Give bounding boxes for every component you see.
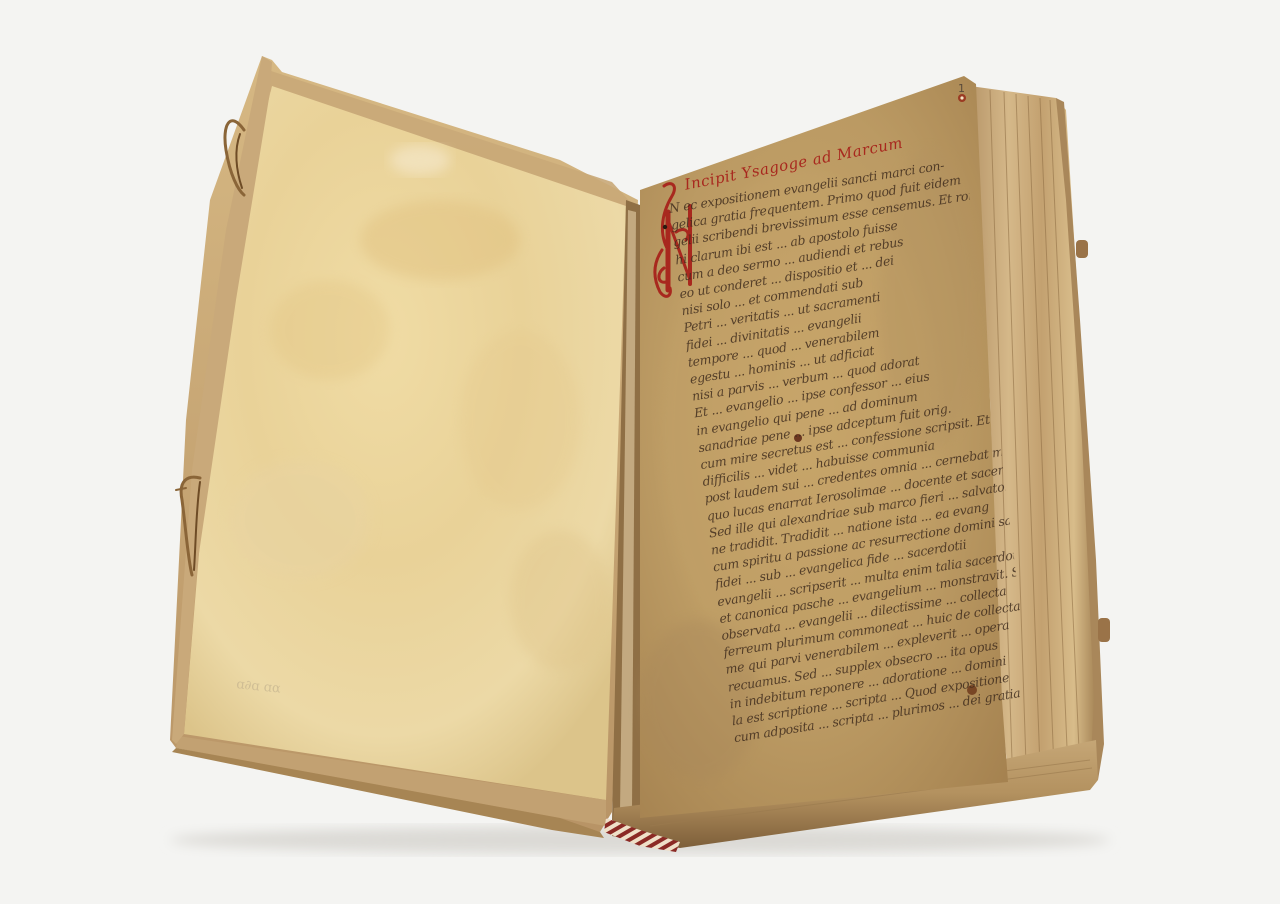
left-cover: ɑ∂ɑ ɑα — [170, 56, 638, 838]
right-tie-stub-upper — [1076, 240, 1088, 258]
folio-number: 1 — [958, 82, 965, 95]
right-tie-stub-lower — [1098, 618, 1110, 642]
manuscript-photo: ɑ∂ɑ ɑα — [0, 0, 1280, 904]
manuscript-illustration: ɑ∂ɑ ɑα — [0, 0, 1280, 904]
